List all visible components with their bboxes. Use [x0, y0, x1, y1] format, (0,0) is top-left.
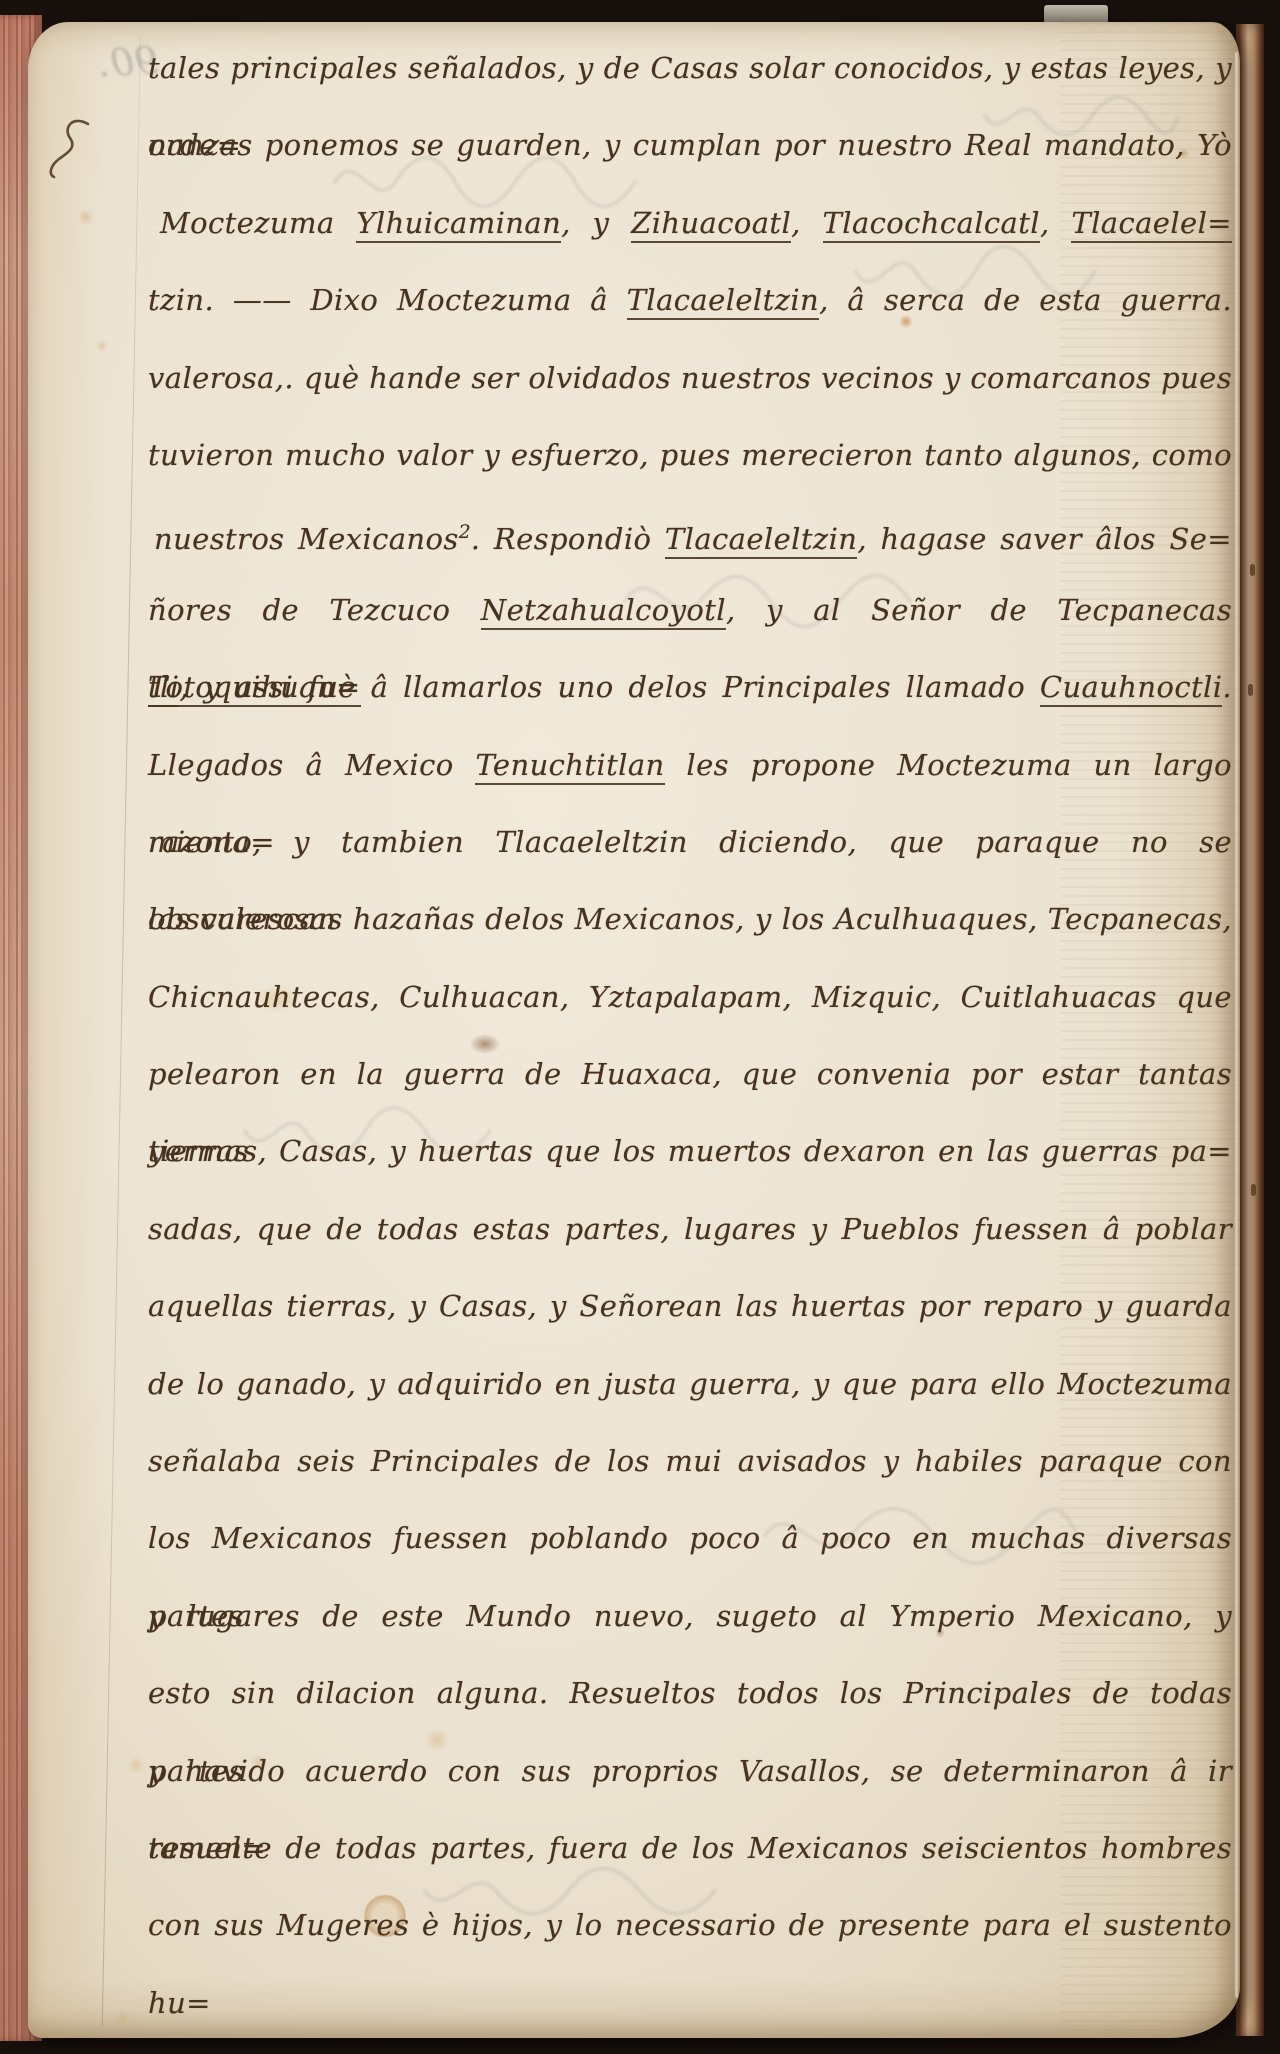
text-segment: sadas, que de todas estas partes, lugare… [148, 1212, 1232, 1246]
underlined-word: Cuauhnoctli [1040, 670, 1223, 707]
foxing-spot [115, 2012, 129, 2024]
text-segment: valerosa,. què hande ser olvidados nuest… [148, 361, 1232, 395]
manuscript-line: tamente de todas partes, fuera de los Me… [148, 1810, 1232, 1887]
text-segment: , y [561, 206, 631, 240]
manuscript-line: de lo ganado, y adquirido en justa guerr… [148, 1346, 1232, 1423]
manuscript-line: miento, y tambien Tlacaeleltzin diciendo… [148, 804, 1232, 881]
manuscript-line: Llegados â Mexico Tenuchtitlan les propo… [148, 727, 1232, 804]
manuscript-line: aquellas tierras, y Casas, y Señorean la… [148, 1268, 1232, 1345]
text-segment: Chicnauhtecas, Culhuacan, Yztapalapam, M… [148, 980, 1232, 1014]
foxing-spot [78, 210, 94, 224]
manuscript-text: tales principales señalados, y de Casas … [148, 30, 1232, 1965]
text-segment: de lo ganado, y adquirido en justa guerr… [148, 1367, 1232, 1401]
text-segment: las valerosas hazañas delos Mexicanos, y… [148, 902, 1232, 936]
manuscript-line: las valerosas hazañas delos Mexicanos, y… [148, 881, 1232, 958]
text-segment: , y assi fuè â llamarlos uno delos Princ… [179, 670, 1039, 704]
text-segment: nuestros Mexicanos [154, 522, 459, 556]
text-segment: . Respondiò [471, 522, 665, 556]
margin-crease-line [102, 34, 141, 2026]
manuscript-line: tzin. —— Dixo Moctezuma â Tlacaeleltzin,… [148, 262, 1232, 339]
manuscript-line: tli, y assi fuè â llamarlos uno delos Pr… [148, 649, 1232, 726]
text-segment: Moctezuma [160, 206, 356, 240]
underlined-word: Tlacaeleltzin [665, 522, 857, 559]
manuscript-line: y havido acuerdo con sus proprios Vasall… [148, 1733, 1232, 1810]
manuscript-line: señalaba seis Principales de los mui avi… [148, 1423, 1232, 1500]
manuscript-page: 90. tales principales señalados, y de Ca… [28, 22, 1240, 2038]
underlined-word: tli [148, 670, 179, 707]
underlined-word: Ylhuicaminan [356, 206, 561, 243]
text-segment: ñores de Tezcuco [148, 593, 481, 627]
manuscript-line: pelearon en la guerra de Huaxaca, que co… [148, 1036, 1232, 1113]
manuscript-line: nanzas ponemos se guarden, y cumplan por… [148, 107, 1232, 184]
manuscript-line: ñores de Tezcuco Netzahualcoyotl, y al S… [148, 572, 1232, 649]
text-segment: 2 [459, 521, 471, 543]
underlined-word: Tlacaeleltzin [627, 283, 819, 320]
text-segment: señalaba seis Principales de los mui avi… [148, 1444, 1232, 1478]
manuscript-line: esto sin dilacion alguna. Resueltos todo… [148, 1655, 1232, 1732]
text-segment: tuvieron mucho valor y esfuerzo, pues me… [148, 438, 1232, 472]
text-segment: , â serca de esta guerra. [819, 283, 1232, 317]
underlined-word: Tenuchtitlan [475, 748, 664, 785]
underlined-word: Netzahualcoyotl [481, 593, 726, 630]
text-segment: y lugares de este Mundo nuevo, sugeto al… [148, 1599, 1232, 1633]
manuscript-line: sadas, que de todas estas partes, lugare… [148, 1191, 1232, 1268]
text-segment: , y al Señor de Tecpanecas [726, 593, 1232, 627]
text-segment: tzin. —— Dixo Moctezuma â [148, 283, 627, 317]
manuscript-line: yermas, Casas, y huertas que los muertos… [148, 1113, 1232, 1190]
underlined-word: Tlacaelel= [1071, 206, 1232, 243]
text-segment: Llegados â Mexico [148, 748, 475, 782]
manuscript-line: los Mexicanos fuessen poblando poco â po… [148, 1500, 1232, 1577]
manuscript-line: Moctezuma Ylhuicaminan, y Zihuacoatl, Tl… [148, 185, 1232, 262]
adjacent-page-edge [1236, 24, 1264, 2036]
manuscript-line: Chicnauhtecas, Culhuacan, Yztapalapam, M… [148, 959, 1232, 1036]
foxing-spot [96, 340, 108, 352]
ink-speck [1251, 1184, 1256, 1196]
manuscript-line: tuvieron mucho valor y esfuerzo, pues me… [148, 417, 1232, 494]
text-segment: , [791, 206, 822, 240]
manuscript-line: nuestros Mexicanos2. Respondiò Tlacaelel… [148, 494, 1232, 571]
text-segment: . [1222, 670, 1232, 704]
ink-speck [1248, 684, 1253, 696]
text-segment: , hagase saver âlos Se= [857, 522, 1232, 556]
text-segment: yermas, Casas, y huertas que los muertos… [148, 1134, 1232, 1168]
text-segment: nanzas ponemos se guarden, y cumplan por… [148, 128, 1232, 162]
ink-speck [1250, 564, 1255, 576]
photo-of-manuscript: 90. tales principales señalados, y de Ca… [0, 0, 1280, 2054]
text-segment: tamente de todas partes, fuera de los Me… [148, 1831, 1232, 1865]
manuscript-line: valerosa,. què hande ser olvidados nuest… [148, 340, 1232, 417]
marginal-ink-mark [44, 118, 98, 182]
manuscript-line: con sus Mugeres è hijos, y lo necessario… [148, 1887, 1232, 1964]
underlined-word: Zihuacoatl [631, 206, 791, 243]
manuscript-line: tales principales señalados, y de Casas … [148, 30, 1232, 107]
text-segment: , [1040, 206, 1071, 240]
text-segment: aquellas tierras, y Casas, y Señorean la… [148, 1289, 1232, 1323]
underlined-word: Tlacochcalcatl [823, 206, 1040, 243]
foxing-spot [127, 1757, 145, 1773]
manuscript-line: y lugares de este Mundo nuevo, sugeto al… [148, 1578, 1232, 1655]
